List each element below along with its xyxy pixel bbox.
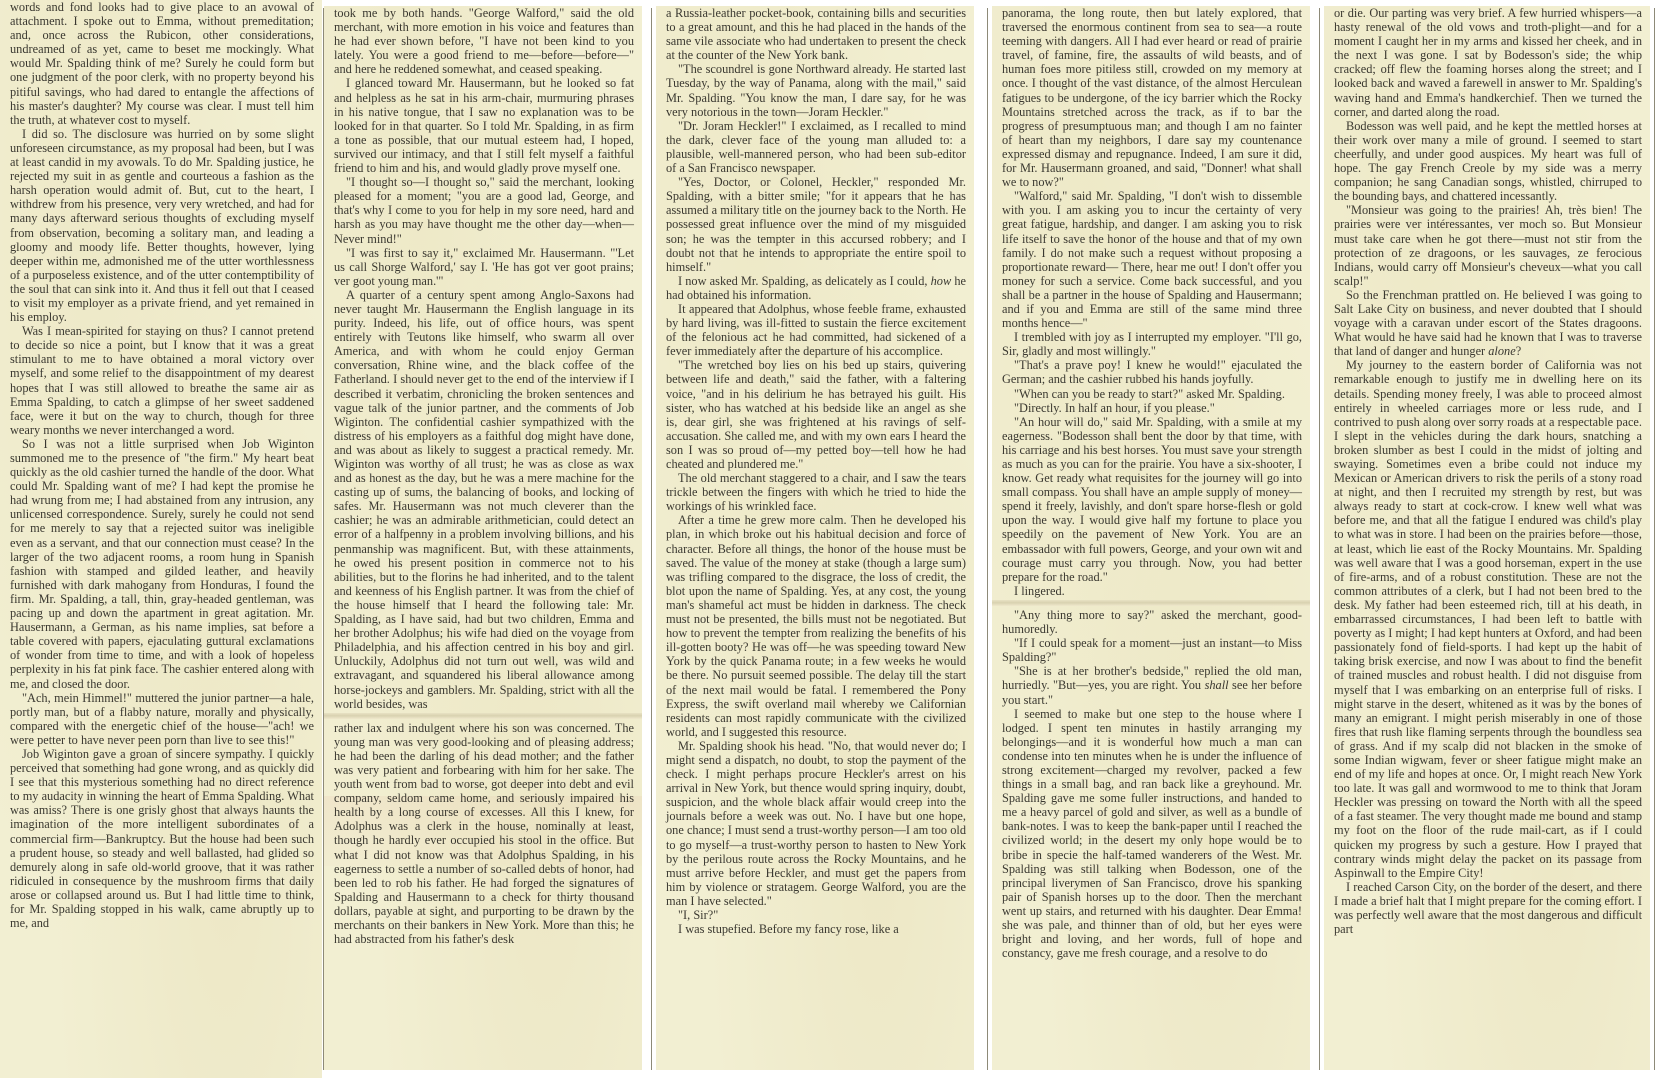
- paragraph: "Yes, Doctor, or Colonel, Heckler," resp…: [666, 175, 966, 274]
- paragraph: "Walford," said Mr. Spalding, "I don't w…: [1002, 189, 1302, 330]
- paragraph: panorama, the long route, then but latel…: [1002, 6, 1302, 189]
- paragraph: took me by both hands. "George Walford,"…: [334, 6, 634, 76]
- paragraph: "Monsieur was going to the prairies! Ah,…: [1334, 203, 1642, 288]
- paragraph: "The wretched boy lies on his bed up sta…: [666, 358, 966, 471]
- paragraph: "I, Sir?": [666, 908, 966, 922]
- paragraph: "Any thing more to say?" asked the merch…: [1002, 608, 1302, 636]
- paragraph: I trembled with joy as I interrupted my …: [1002, 330, 1302, 358]
- column-3: a Russia-leather pocket-book, containing…: [656, 6, 974, 1070]
- paragraph: Bodesson was well paid, and he kept the …: [1334, 119, 1642, 204]
- column-5: or die. Our parting was very brief. A fe…: [1324, 6, 1650, 1070]
- paragraph: "Directly. In half an hour, if you pleas…: [1002, 401, 1302, 415]
- paragraph: "I thought so—I thought so," said the me…: [334, 175, 634, 245]
- column-2: took me by both hands. "George Walford,"…: [324, 6, 642, 1070]
- clipping-seam: [992, 600, 1310, 606]
- paragraph: A quarter of a century spent among Anglo…: [334, 288, 634, 711]
- paragraph: I glanced toward Mr. Hausermann, but he …: [334, 76, 634, 175]
- paragraph: I was stupefied. Before my fancy rose, l…: [666, 922, 966, 936]
- paragraph: words and fond looks had to give place t…: [10, 0, 314, 127]
- column-divider: [1654, 8, 1655, 1070]
- paragraph: "She is at her brother's bedside," repli…: [1002, 664, 1302, 706]
- paragraph: "If I could speak for a moment—just an i…: [1002, 636, 1302, 664]
- paragraph: It appeared that Adolphus, whose feeble …: [666, 302, 966, 358]
- column-divider: [651, 8, 652, 1070]
- paragraph: "The scoundrel is gone Northward already…: [666, 62, 966, 118]
- paragraph: or die. Our parting was very brief. A fe…: [1334, 6, 1642, 119]
- paragraph: "Dr. Joram Heckler!" I exclaimed, as I r…: [666, 119, 966, 175]
- paragraph: a Russia-leather pocket-book, containing…: [666, 6, 966, 62]
- column-4: panorama, the long route, then but latel…: [992, 6, 1310, 1070]
- paragraph: "Ach, mein Himmel!" muttered the junior …: [10, 691, 314, 747]
- column-divider: [987, 8, 988, 1070]
- paragraph: I did so. The disclosure was hurried on …: [10, 127, 314, 324]
- newspaper-page: words and fond looks had to give place t…: [0, 0, 1668, 1080]
- paragraph: "When can you be ready to start?" asked …: [1002, 387, 1302, 401]
- paragraph: So I was not a little surprised when Job…: [10, 437, 314, 691]
- italic-emphasis: alone: [1488, 344, 1515, 358]
- italic-emphasis: how: [931, 274, 952, 288]
- paragraph: Mr. Spalding shook his head. "No, that w…: [666, 739, 966, 908]
- paragraph: The old merchant staggered to a chair, a…: [666, 471, 966, 513]
- paragraph: After a time he grew more calm. Then he …: [666, 513, 966, 739]
- paragraph: "That's a prave poy! I knew he would!" e…: [1002, 358, 1302, 386]
- paragraph: Was I mean-spirited for staying on thus?…: [10, 324, 314, 437]
- paragraph: Job Wiginton gave a groan of sincere sym…: [10, 747, 314, 930]
- paragraph: I lingered.: [1002, 584, 1302, 598]
- paragraph: rather lax and indulgent where his son w…: [334, 721, 634, 947]
- paragraph: So the Frenchman prattled on. He believe…: [1334, 288, 1642, 358]
- paragraph: "I was first to say it," exclaimed Mr. H…: [334, 246, 634, 288]
- column-divider: [1319, 8, 1320, 1070]
- paragraph: I reached Carson City, on the border of …: [1334, 880, 1642, 936]
- clipping-seam: [324, 713, 642, 719]
- italic-emphasis: shall: [1205, 678, 1229, 692]
- column-1: words and fond looks had to give place t…: [0, 0, 322, 1078]
- paragraph: I seemed to make but one step to the hou…: [1002, 707, 1302, 961]
- paragraph: I now asked Mr. Spalding, as delicately …: [666, 274, 966, 302]
- paragraph: "An hour will do," said Mr. Spalding, wi…: [1002, 415, 1302, 584]
- paragraph: My journey to the eastern border of Cali…: [1334, 358, 1642, 879]
